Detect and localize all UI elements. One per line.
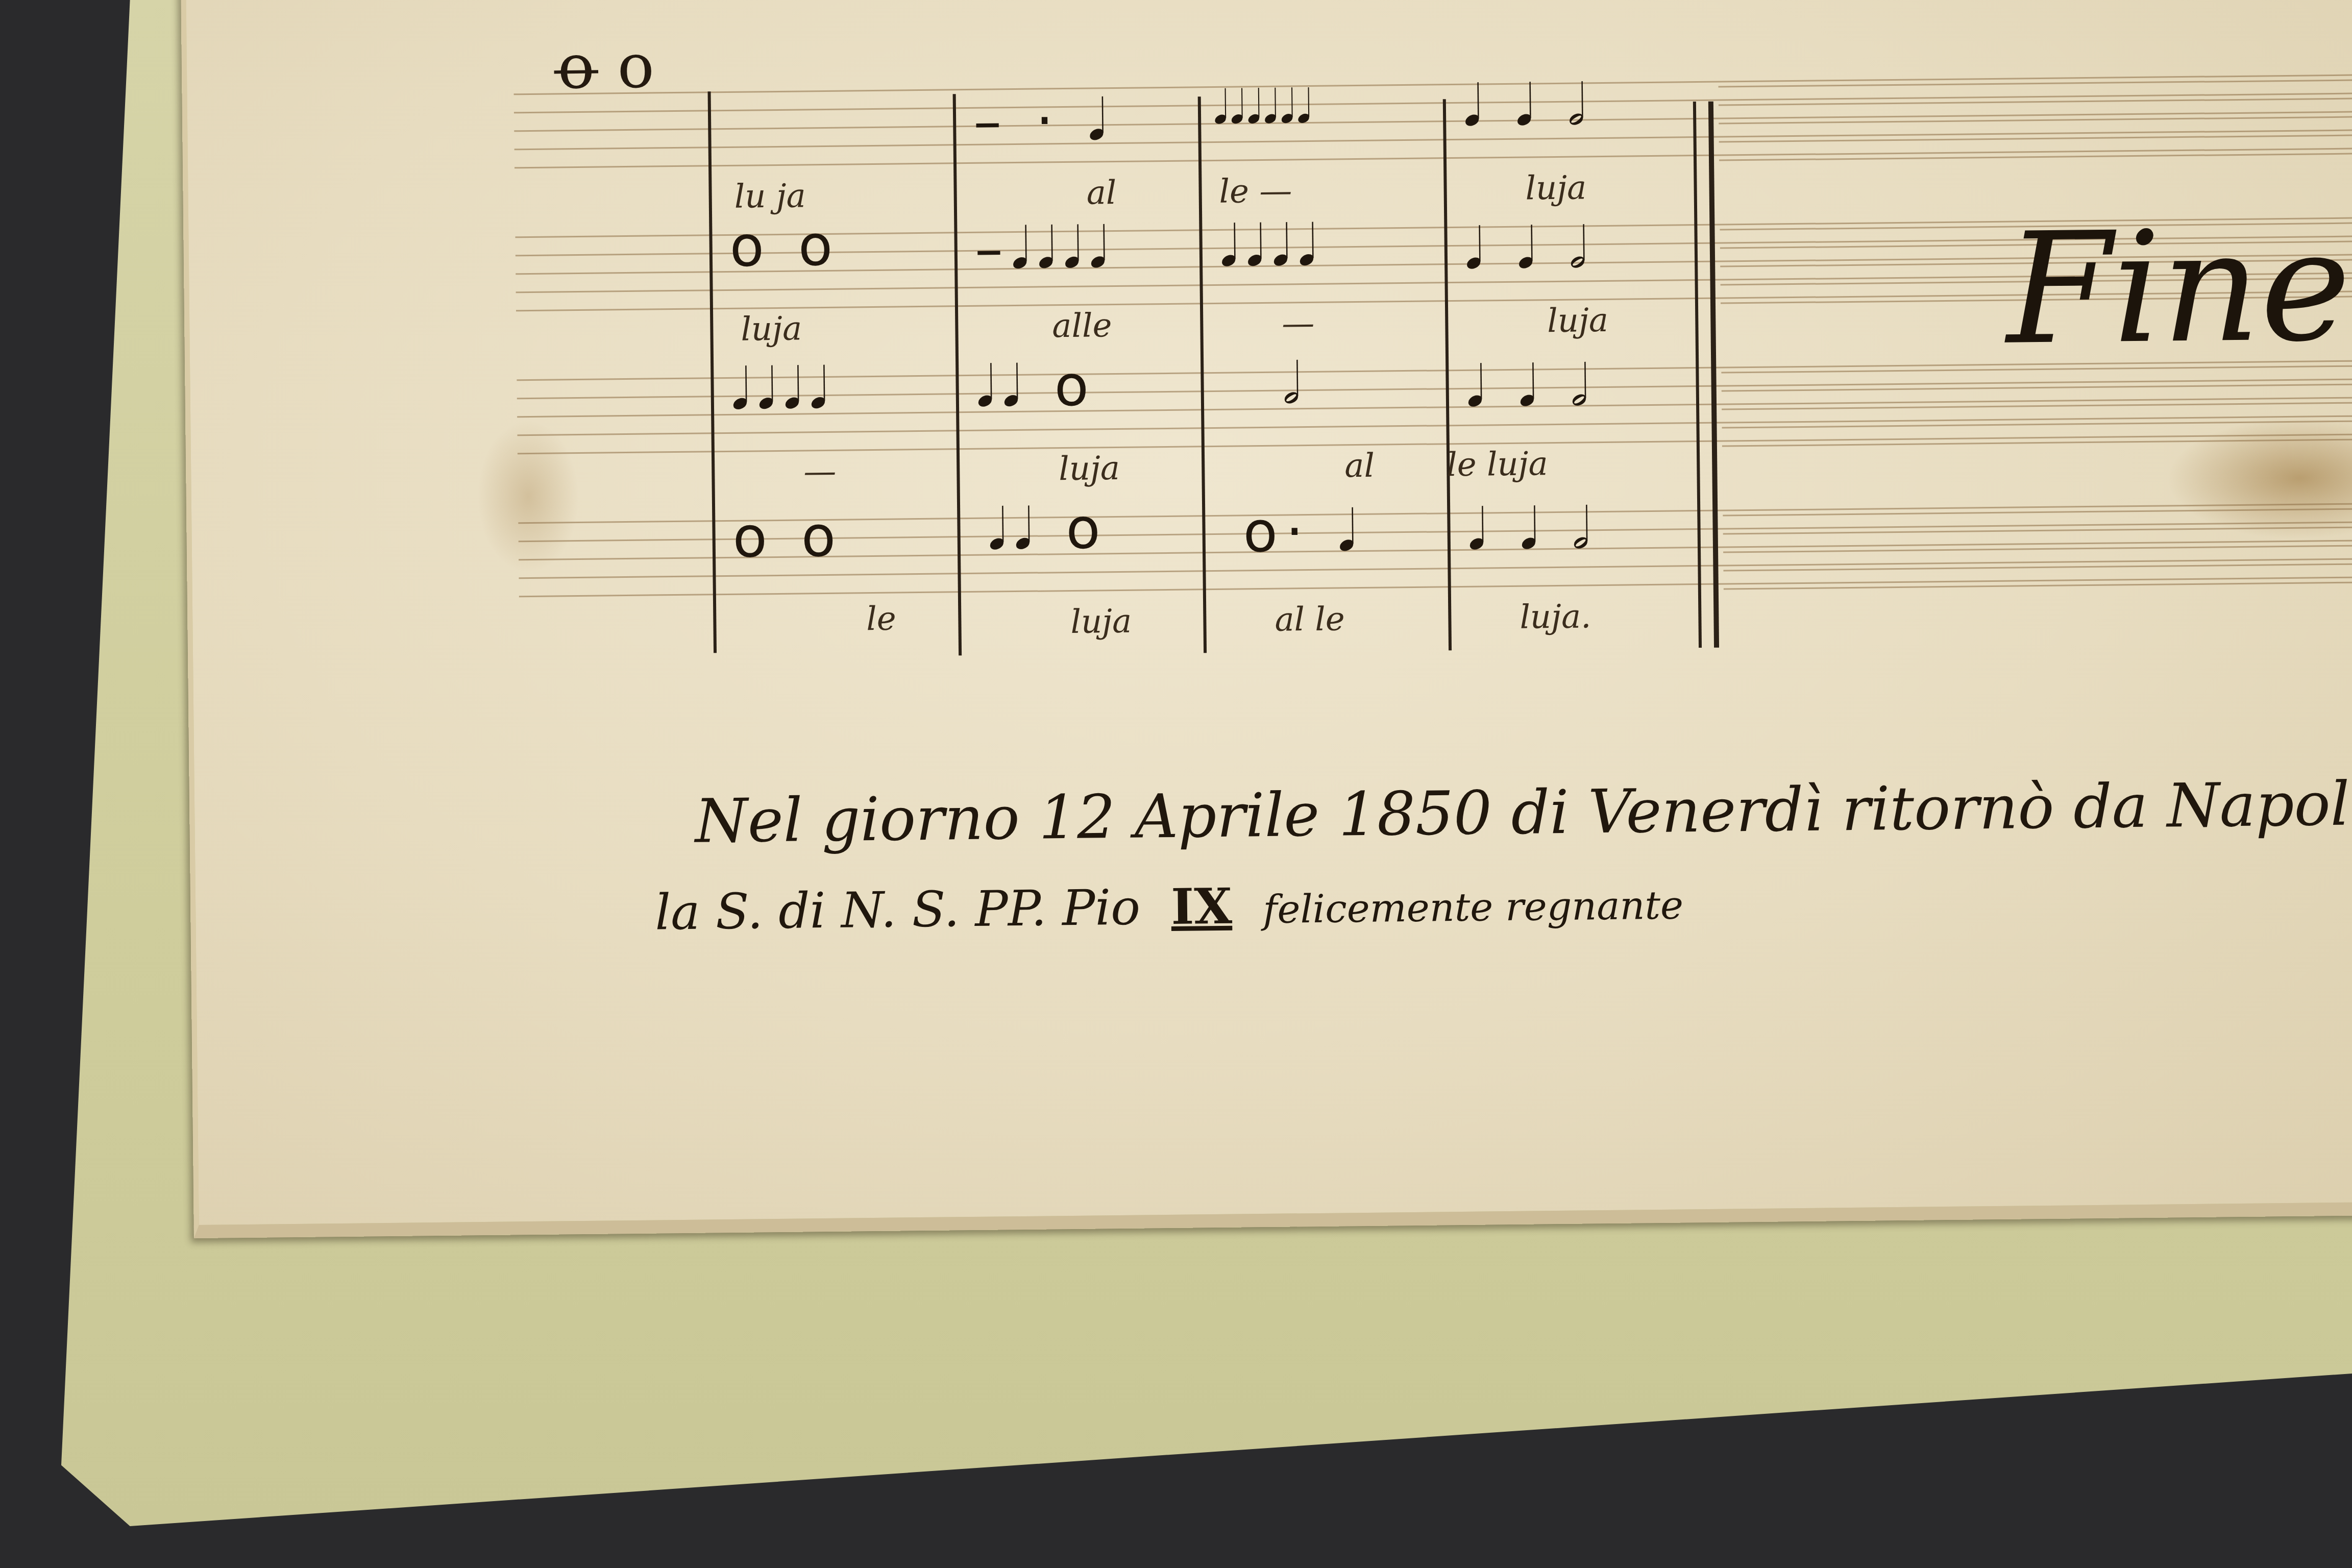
inscription-title-text: la S. di N. S. PP. Pio: [655, 879, 1141, 941]
lyric-v4-3: al le: [1275, 600, 1345, 639]
papal-numeral: IX: [1171, 877, 1233, 936]
lyric-v1-2: al: [1086, 174, 1116, 212]
notes-v3-m3: 𝅗𝅥: [1282, 351, 1309, 418]
lyric-v2-1: luja: [741, 310, 802, 348]
lyric-v1-3: le —: [1219, 172, 1292, 210]
notes-v1-m3: 𝅘𝅥𝅘𝅥𝅘𝅥𝅘𝅥𝅘𝅥𝅘𝅥: [1213, 80, 1313, 135]
manuscript-page: ꝋ o o o – · 𝅘𝅥 𝅘𝅥𝅘𝅥𝅘𝅥𝅘𝅥𝅘𝅥𝅘𝅥 𝅘𝅥 𝅘𝅥 𝅗𝅥 l: [181, 0, 2352, 1238]
notes-v3-m2: 𝅘𝅥𝅘𝅥 o: [976, 353, 1097, 420]
inscription-main-text: Nel giorno 12 Aprile 1850 di Venerdì rit…: [695, 768, 2352, 856]
inscription-line-1: Nel giorno 12 Aprile 1850 di Venerdì rit…: [695, 764, 2352, 856]
inscription-end-text: felicemente regnante: [1263, 882, 1683, 932]
notes-v3-m1: 𝅘𝅥𝅘𝅥𝅘𝅥𝅘𝅥: [731, 356, 836, 423]
lyric-v3-3: al: [1344, 447, 1375, 485]
notes-v2-m3: 𝅘𝅥𝅘𝅥𝅘𝅥𝅘𝅥: [1219, 213, 1324, 280]
lyric-v1-1: lu ja: [734, 177, 806, 215]
lyric-v2-2: alle: [1052, 307, 1112, 345]
inscription-line-2: la S. di N. S. PP. Pio IX felicemente re…: [655, 872, 1684, 941]
lyric-v3-1: —: [803, 453, 837, 491]
notes-v4-m1: o o: [732, 504, 844, 570]
notes-v2-m4: 𝅘𝅥 𝅘𝅥 𝅗𝅥: [1464, 215, 1595, 283]
notes-v1-m1: o o: [729, 213, 841, 279]
notes-v3-m4: 𝅘𝅥 𝅘𝅥 𝅗𝅥: [1466, 353, 1597, 421]
notes-v4-m2: 𝅘𝅥𝅘𝅥 o: [988, 496, 1109, 563]
lyric-v4-4: luja.: [1520, 598, 1591, 636]
lyric-v4-2: luja: [1070, 603, 1132, 641]
lyric-v4-1: le: [866, 600, 896, 639]
lyric-v1-4: luja: [1525, 169, 1586, 207]
lyric-v3-2: luja: [1059, 450, 1120, 488]
notes-v4-m4: 𝅘𝅥 𝅘𝅥 𝅗𝅥: [1467, 496, 1598, 563]
notes-v4-m3: o· 𝅘𝅥: [1243, 498, 1364, 566]
lyric-v2-4: luja: [1547, 302, 1608, 340]
lyric-v3-4: le luja: [1447, 445, 1548, 484]
lyric-v2-3: —: [1282, 305, 1315, 343]
notes-v1-m4: 𝅘𝅥 𝅘𝅥 𝅗𝅥: [1463, 72, 1594, 140]
notes-v2-m2: –𝅘𝅥𝅘𝅥𝅘𝅥𝅘𝅥: [974, 215, 1115, 283]
notes-v1-m2: – · 𝅘𝅥: [973, 87, 1114, 155]
fine-marking: Fine.: [2005, 197, 2352, 379]
